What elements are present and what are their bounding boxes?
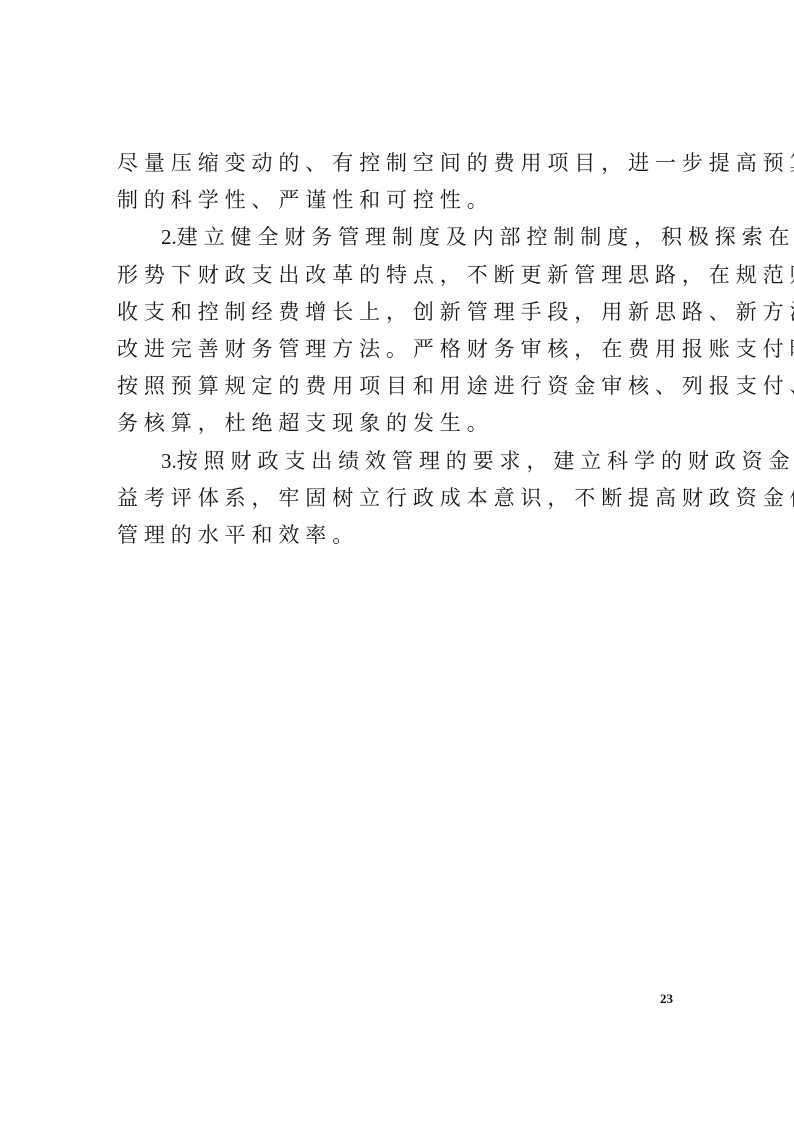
text-line: 益考评体系，牢固树立行政成本意识，不断提高财政资金使用 (117, 480, 689, 517)
text-span: 建立健全财务管理制度及内部控制制度，积极探索在新 (177, 225, 794, 249)
text-span: 按照财政支出绩效管理的要求，建立科学的财政资金效 (177, 449, 794, 473)
text-line: 收支和控制经费增长上，创新管理手段，用新思路、新方法， (117, 294, 689, 331)
paragraph-item-3: 3.按照财政支出绩效管理的要求，建立科学的财政资金效 益考评体系，牢固树立行政成… (117, 443, 689, 555)
body-text: 尽量压缩变动的、有控制空间的费用项目，进一步提高预算编 制的科学性、严谨性和可控… (117, 145, 689, 554)
page-number: 23 (660, 991, 673, 1007)
item-number: 2. (161, 225, 177, 249)
paragraph-continuation: 尽量压缩变动的、有控制空间的费用项目，进一步提高预算编 制的科学性、严谨性和可控… (117, 145, 689, 219)
text-line-first: 3.按照财政支出绩效管理的要求，建立科学的财政资金效 (117, 443, 689, 480)
text-line: 形势下财政支出改革的特点，不断更新管理思路，在规范财政 (117, 257, 689, 294)
text-line: 按照预算规定的费用项目和用途进行资金审核、列报支付、财 (117, 368, 689, 405)
text-line: 务核算，杜绝超支现象的发生。 (117, 405, 689, 442)
text-line: 制的科学性、严谨性和可控性。 (117, 182, 689, 219)
paragraph-item-2: 2.建立健全财务管理制度及内部控制制度，积极探索在新 形势下财政支出改革的特点，… (117, 219, 689, 442)
text-line: 改进完善财务管理方法。严格财务审核，在费用报账支付时， (117, 331, 689, 368)
item-number: 3. (161, 449, 177, 473)
text-line: 尽量压缩变动的、有控制空间的费用项目，进一步提高预算编 (117, 145, 689, 182)
text-line-first: 2.建立健全财务管理制度及内部控制制度，积极探索在新 (117, 219, 689, 256)
document-page: 尽量压缩变动的、有控制空间的费用项目，进一步提高预算编 制的科学性、严谨性和可控… (0, 0, 794, 1122)
text-line: 管理的水平和效率。 (117, 517, 689, 554)
